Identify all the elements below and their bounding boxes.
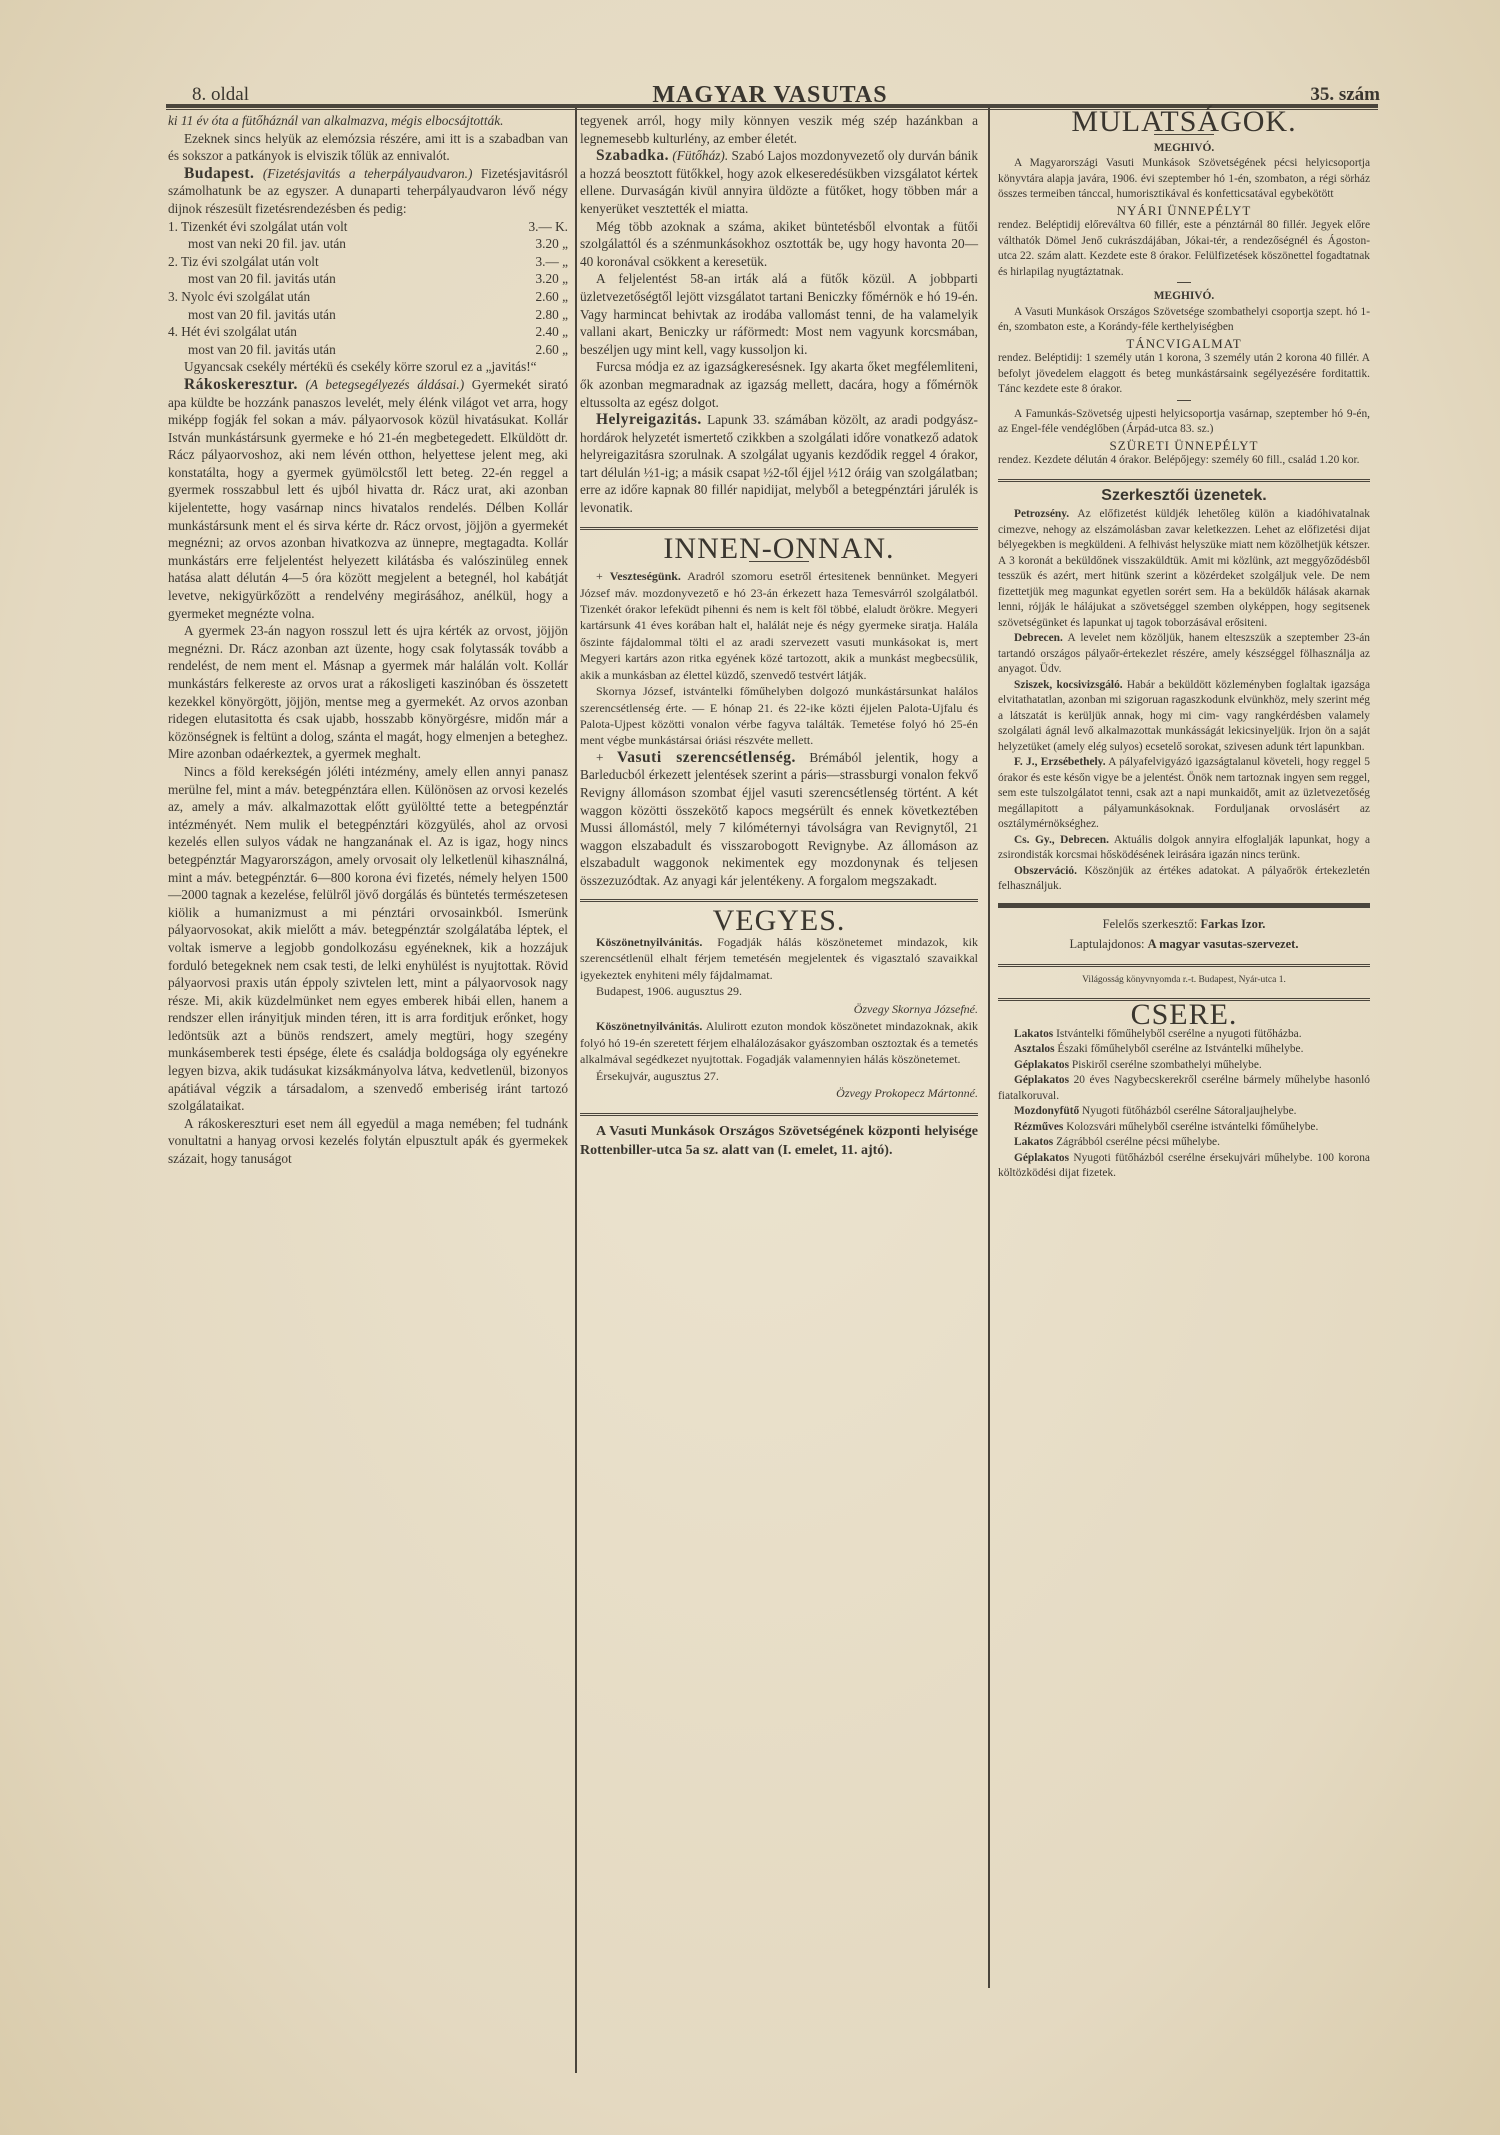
column-3: MULATSÁGOK. MEGHIVÓ. A Magyarországi Vas… — [998, 112, 1370, 1182]
exchange-item: Lakatos Zágrábból cserélne pécsi műhelyb… — [998, 1135, 1370, 1151]
section-title-szerkesztoi-uzenetek: Szerkesztői üzenetek. — [998, 488, 1370, 504]
exchange-item: Géplakatos Nyugoti fütőházból cserélne é… — [998, 1151, 1370, 1182]
paragraph: Ezeknek sincs helyük az elemózsia részér… — [168, 130, 568, 165]
date-line: Érsekujvár, augusztus 27. — [580, 1068, 978, 1086]
exchange-item: Géplakatos Piskiről cserélne szombathely… — [998, 1058, 1370, 1074]
column-divider — [988, 108, 990, 1988]
owner-credit: Laptulajdonos: A magyar vasutas-szerveze… — [998, 934, 1370, 954]
paragraph: rendez. Kezdete délután 4 órakor. Belépő… — [998, 453, 1370, 469]
exchange-item: Mozdonyfütő Nyugoti fütőházból cserélne … — [998, 1104, 1370, 1120]
editorial-reply: Cs. Gy., Debrecen. Aktuális dolgok annyi… — [998, 833, 1370, 864]
signature: Özvegy Skornya Józsefné. — [580, 1001, 978, 1019]
divider — [1177, 282, 1191, 283]
paragraph: A gyermek 23-án nagyon rosszul lett és u… — [168, 622, 568, 763]
column-1: ki 11 év óta a fütőháznál van alkalmazva… — [168, 112, 568, 1168]
paragraph: A feljelentést 58-an irták alá a fütők k… — [580, 270, 978, 358]
section-rule — [998, 964, 1370, 967]
printer-credit: Világosság könyvnyomda r.-t. Budapest, N… — [998, 973, 1370, 989]
article-heading: Vasuti szerencsétlenség. — [617, 749, 796, 766]
column-divider — [575, 108, 577, 2073]
paragraph: Skornya József, istvántelki főműhelyben … — [580, 683, 978, 749]
article-szabadka: Szabadka. (Fütőház). Szabó Lajos mozdony… — [580, 147, 978, 217]
table-row: 3. Nyolc évi szolgálat után2.60 „ — [168, 288, 568, 306]
thanks-notice: Köszönetnyilvánitás. Fogadják hálás kösz… — [580, 934, 978, 983]
table-row: 1. Tizenkét évi szolgálat után volt3.— K… — [168, 218, 568, 236]
paragraph: ki 11 év óta a fütőháznál van alkalmazva… — [168, 112, 568, 130]
article-heading: Budapest. — [184, 165, 254, 182]
editorial-reply: Petrozsény. Az előfizetést küldjék lehet… — [998, 507, 1370, 631]
article-budapest: Budapest. (Fizetésjavitás a teherpályaud… — [168, 165, 568, 218]
event-name: SZÜRETI ÜNNEPÉLYT — [998, 438, 1370, 454]
section-title-vegyes: VEGYES. — [580, 912, 978, 930]
event-name: NYÁRI ÜNNEPÉLYT — [998, 203, 1370, 219]
article-heading: Köszönetnyilvánitás. — [596, 1019, 702, 1033]
signature: Özvegy Prokopecz Mártonné. — [580, 1085, 978, 1103]
paragraph: tegyenek arról, hogy mily könnyen veszik… — [580, 112, 978, 147]
invitation-heading: MEGHIVÓ. — [998, 141, 1370, 157]
table-row: most van 20 fil. javitás után2.60 „ — [168, 341, 568, 359]
section-rule — [580, 1113, 978, 1116]
editorial-reply: Sziszek, kocsivizsgáló. Habár a beküldöt… — [998, 678, 1370, 756]
section-rule — [998, 903, 1370, 908]
section-rule — [580, 527, 978, 530]
table-row: 2. Tiz évi szolgálat után volt3.— „ — [168, 253, 568, 271]
paragraph: rendez. Beléptidij előreváltva 60 fillér… — [998, 218, 1370, 280]
paragraph: A rákoskereszturi eset nem áll egyedül a… — [168, 1115, 568, 1168]
paragraph: Még több azoknak a száma, akiket bünteté… — [580, 218, 978, 271]
issue-number: 35. szám — [1310, 84, 1380, 106]
article-heading: Veszteségünk. — [610, 569, 681, 583]
invitation-heading: MEGHIVÓ. — [998, 289, 1370, 305]
event-name: TÁNCVIGALMAT — [998, 336, 1370, 352]
article-veszteseg: + Veszteségünk. Aradról szomoru esetről … — [580, 568, 978, 683]
column-2: tegyenek arról, hogy mily könnyen veszik… — [580, 112, 978, 1160]
salary-table: 1. Tizenkét évi szolgálat után volt3.— K… — [168, 218, 568, 359]
section-rule — [580, 899, 978, 902]
section-title-mulatsagok: MULATSÁGOK. — [998, 114, 1370, 130]
section-title-csere: CSERE. — [998, 1007, 1370, 1023]
editorial-reply: F. J., Erzsébethely. A pályafelvigyázó i… — [998, 755, 1370, 833]
editorial-reply: Obszerváció. Köszönjük az értékes adatok… — [998, 864, 1370, 895]
article-heading: Helyreigazitás. — [596, 411, 702, 428]
paragraph: rendez. Beléptidij: 1 személy után 1 kor… — [998, 351, 1370, 398]
article-rakoskeresztur: Rákoskeresztur. (A betegsegélyezés áldás… — [168, 376, 568, 622]
paragraph: A Vasuti Munkások Országos Szövetsége sz… — [998, 305, 1370, 336]
exchange-item: Géplakatos 20 éves Nagybecskerekről cser… — [998, 1073, 1370, 1104]
editor-credit: Felelős szerkesztő: Farkas Izor. — [998, 914, 1370, 934]
article-heading: Rákoskeresztur. — [184, 376, 298, 393]
thanks-notice: Köszönetnyilvánitás. Alulirott ezuton mo… — [580, 1018, 978, 1067]
exchange-item: Rézműves Kolozsvári műhelyből cserélne i… — [998, 1120, 1370, 1136]
date-line: Budapest, 1906. augusztus 29. — [580, 983, 978, 1001]
divider — [1177, 400, 1191, 401]
table-row: 4. Hét évi szolgálat után2.40 „ — [168, 323, 568, 341]
exchange-item: Asztalos Északi főműhelyből cserélne az … — [998, 1042, 1370, 1058]
article-heading: Szabadka. — [596, 147, 669, 164]
paragraph: Nincs a föld kerekségén jóléti intézmény… — [168, 763, 568, 1115]
editorial-reply: Debrecen. A levelet nem közöljük, hanem … — [998, 631, 1370, 678]
article-heading: Köszönetnyilvánitás. — [596, 935, 702, 949]
paragraph: A Famunkás-Szövetség ujpesti helyicsopor… — [998, 407, 1370, 438]
table-row: most van neki 20 fil. jav. után3.20 „ — [168, 235, 568, 253]
paragraph: A Magyarországi Vasuti Munkások Szövetsé… — [998, 156, 1370, 203]
paragraph: Furcsa módja ez az igazságkeresésnek. Ig… — [580, 358, 978, 411]
table-row: most van 20 fil. javitás után3.20 „ — [168, 270, 568, 288]
section-title-innen-onnan: INNEN-ONNAN. — [580, 540, 978, 558]
article-helyreigazitas: Helyreigazitás. Lapunk 33. számában közö… — [580, 411, 978, 517]
exchange-item: Lakatos Istvántelki főműhelyből cserélne… — [998, 1027, 1370, 1043]
paragraph: Ugyancsak csekély mértékü és csekély kör… — [168, 358, 568, 376]
headquarters-notice: A Vasuti Munkások Országos Szövetségének… — [580, 1122, 978, 1160]
section-rule — [998, 479, 1370, 482]
table-row: most van 20 fil. javitás után2.80 „ — [168, 306, 568, 324]
article-vasuti-szerencsetlenseg: + Vasuti szerencsétlenség. Brémából jele… — [580, 749, 978, 890]
